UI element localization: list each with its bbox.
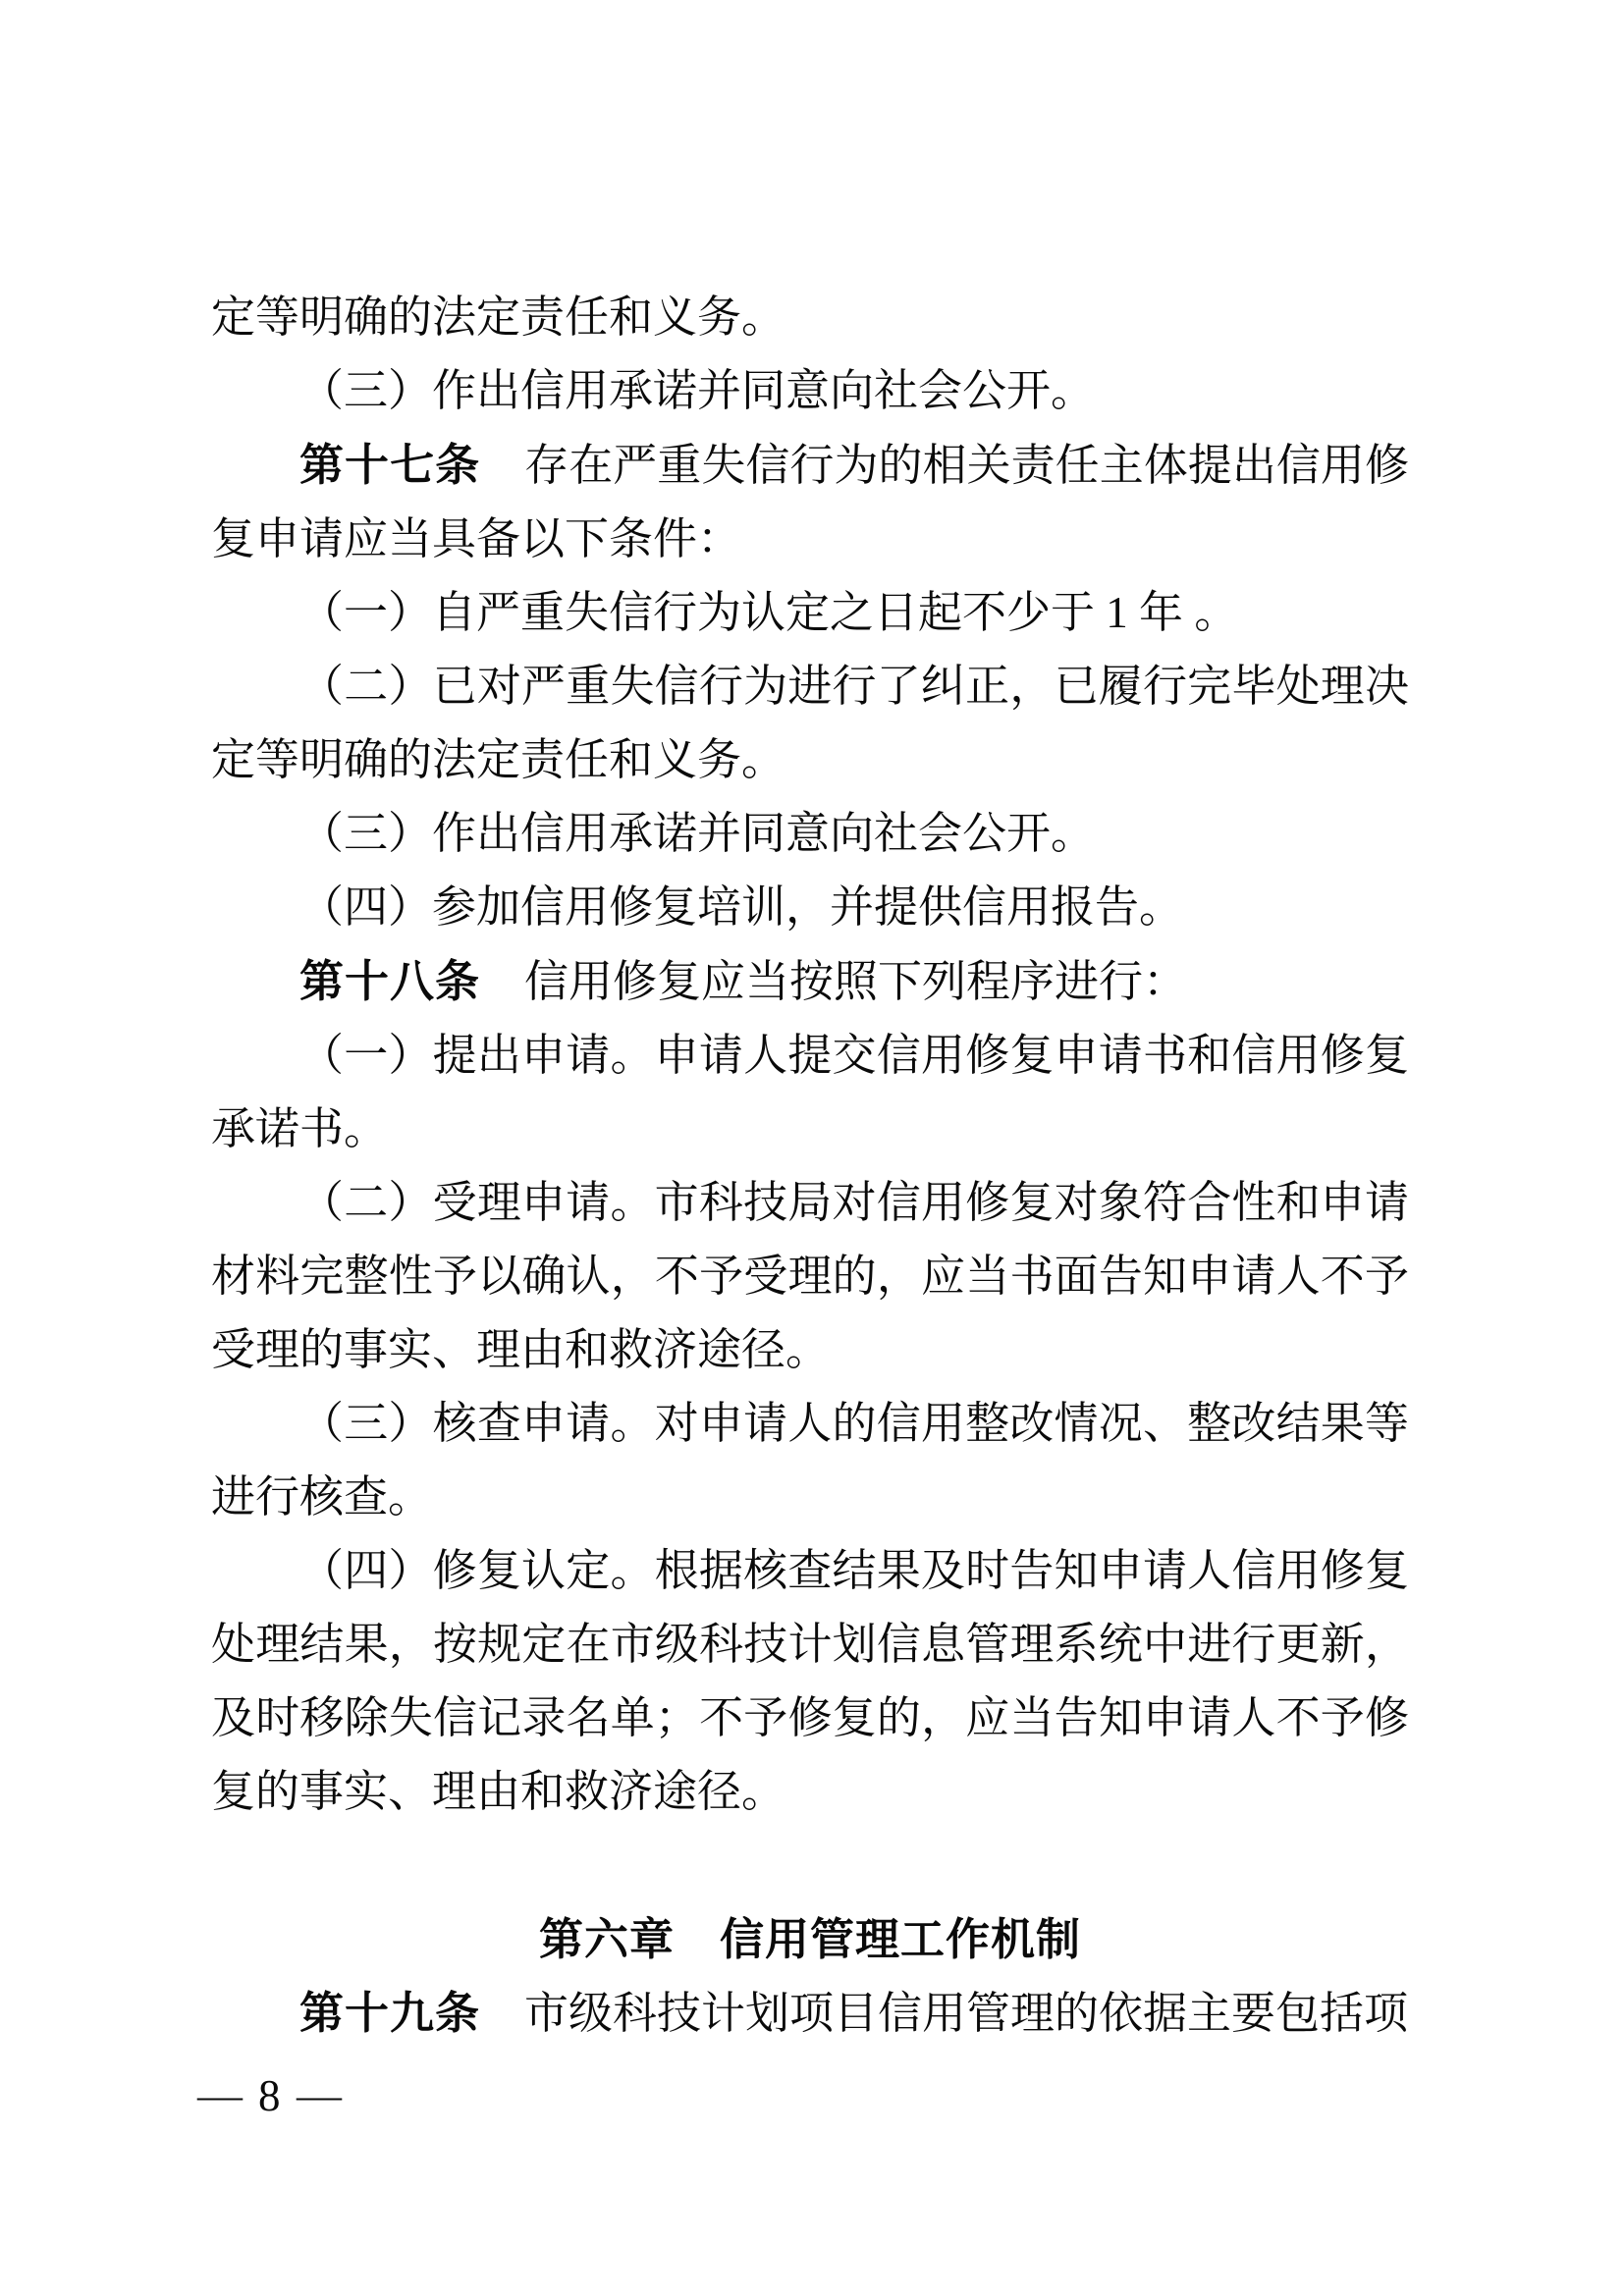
list-item-paragraph: （一）自严重失信行为认定之日起不少于 1 年 。 xyxy=(211,576,1409,650)
list-item-paragraph: （二）已对严重失信行为进行了纠正，已履行完毕处理决定等明确的法定责任和义务。 xyxy=(211,650,1409,797)
article-number-label: 第十七条 xyxy=(299,440,480,490)
list-item-paragraph: （四）修复认定。根据核查结果及时告知申请人信用修复处理结果，按规定在市级科技计划… xyxy=(211,1534,1409,1829)
article-paragraph: 第十九条市级科技计划项目信用管理的依据主要包括项 xyxy=(211,1976,1409,2051)
list-item-paragraph: （四）参加信用修复培训，并提供信用报告。 xyxy=(211,871,1409,944)
list-item-paragraph: （三）作出信用承诺并同意向社会公开。 xyxy=(211,354,1409,428)
article-paragraph: 第十八条信用修复应当按照下列程序进行： xyxy=(211,944,1409,1019)
article-paragraph: 第十七条存在严重失信行为的相关责任主体提出信用修复申请应当具备以下条件： xyxy=(211,428,1409,576)
page-footer: — 8 — xyxy=(200,2061,339,2130)
continuation-paragraph: 定等明确的法定责任和义务。 xyxy=(211,281,1409,354)
page-number: 8 xyxy=(258,2061,281,2130)
document-body: 定等明确的法定责任和义务。（三）作出信用承诺并同意向社会公开。第十七条存在严重失… xyxy=(211,281,1409,2051)
list-item-paragraph: （三）核查申请。对申请人的信用整改情况、整改结果等进行核查。 xyxy=(211,1387,1409,1534)
article-text: 信用修复应当按照下列程序进行： xyxy=(524,957,1187,1006)
footer-right-dash: — xyxy=(297,2061,342,2130)
list-item-paragraph: （一）提出申请。申请人提交信用修复申请书和信用修复承诺书。 xyxy=(211,1019,1409,1166)
article-number-label: 第十八条 xyxy=(299,956,480,1006)
list-item-paragraph: （三）作出信用承诺并同意向社会公开。 xyxy=(211,797,1409,871)
article-text: 市级科技计划项目信用管理的依据主要包括项 xyxy=(524,1989,1408,2038)
chapter-heading: 第六章 信用管理工作机制 xyxy=(211,1902,1409,1976)
document-page: 定等明确的法定责任和义务。（三）作出信用承诺并同意向社会公开。第十七条存在严重失… xyxy=(0,0,1624,2296)
article-number-label: 第十九条 xyxy=(299,1988,480,2038)
footer-left-dash: — xyxy=(197,2061,243,2130)
list-item-paragraph: （二）受理申请。市科技局对信用修复对象符合性和申请材料完整性予以确认，不予受理的… xyxy=(211,1166,1409,1387)
